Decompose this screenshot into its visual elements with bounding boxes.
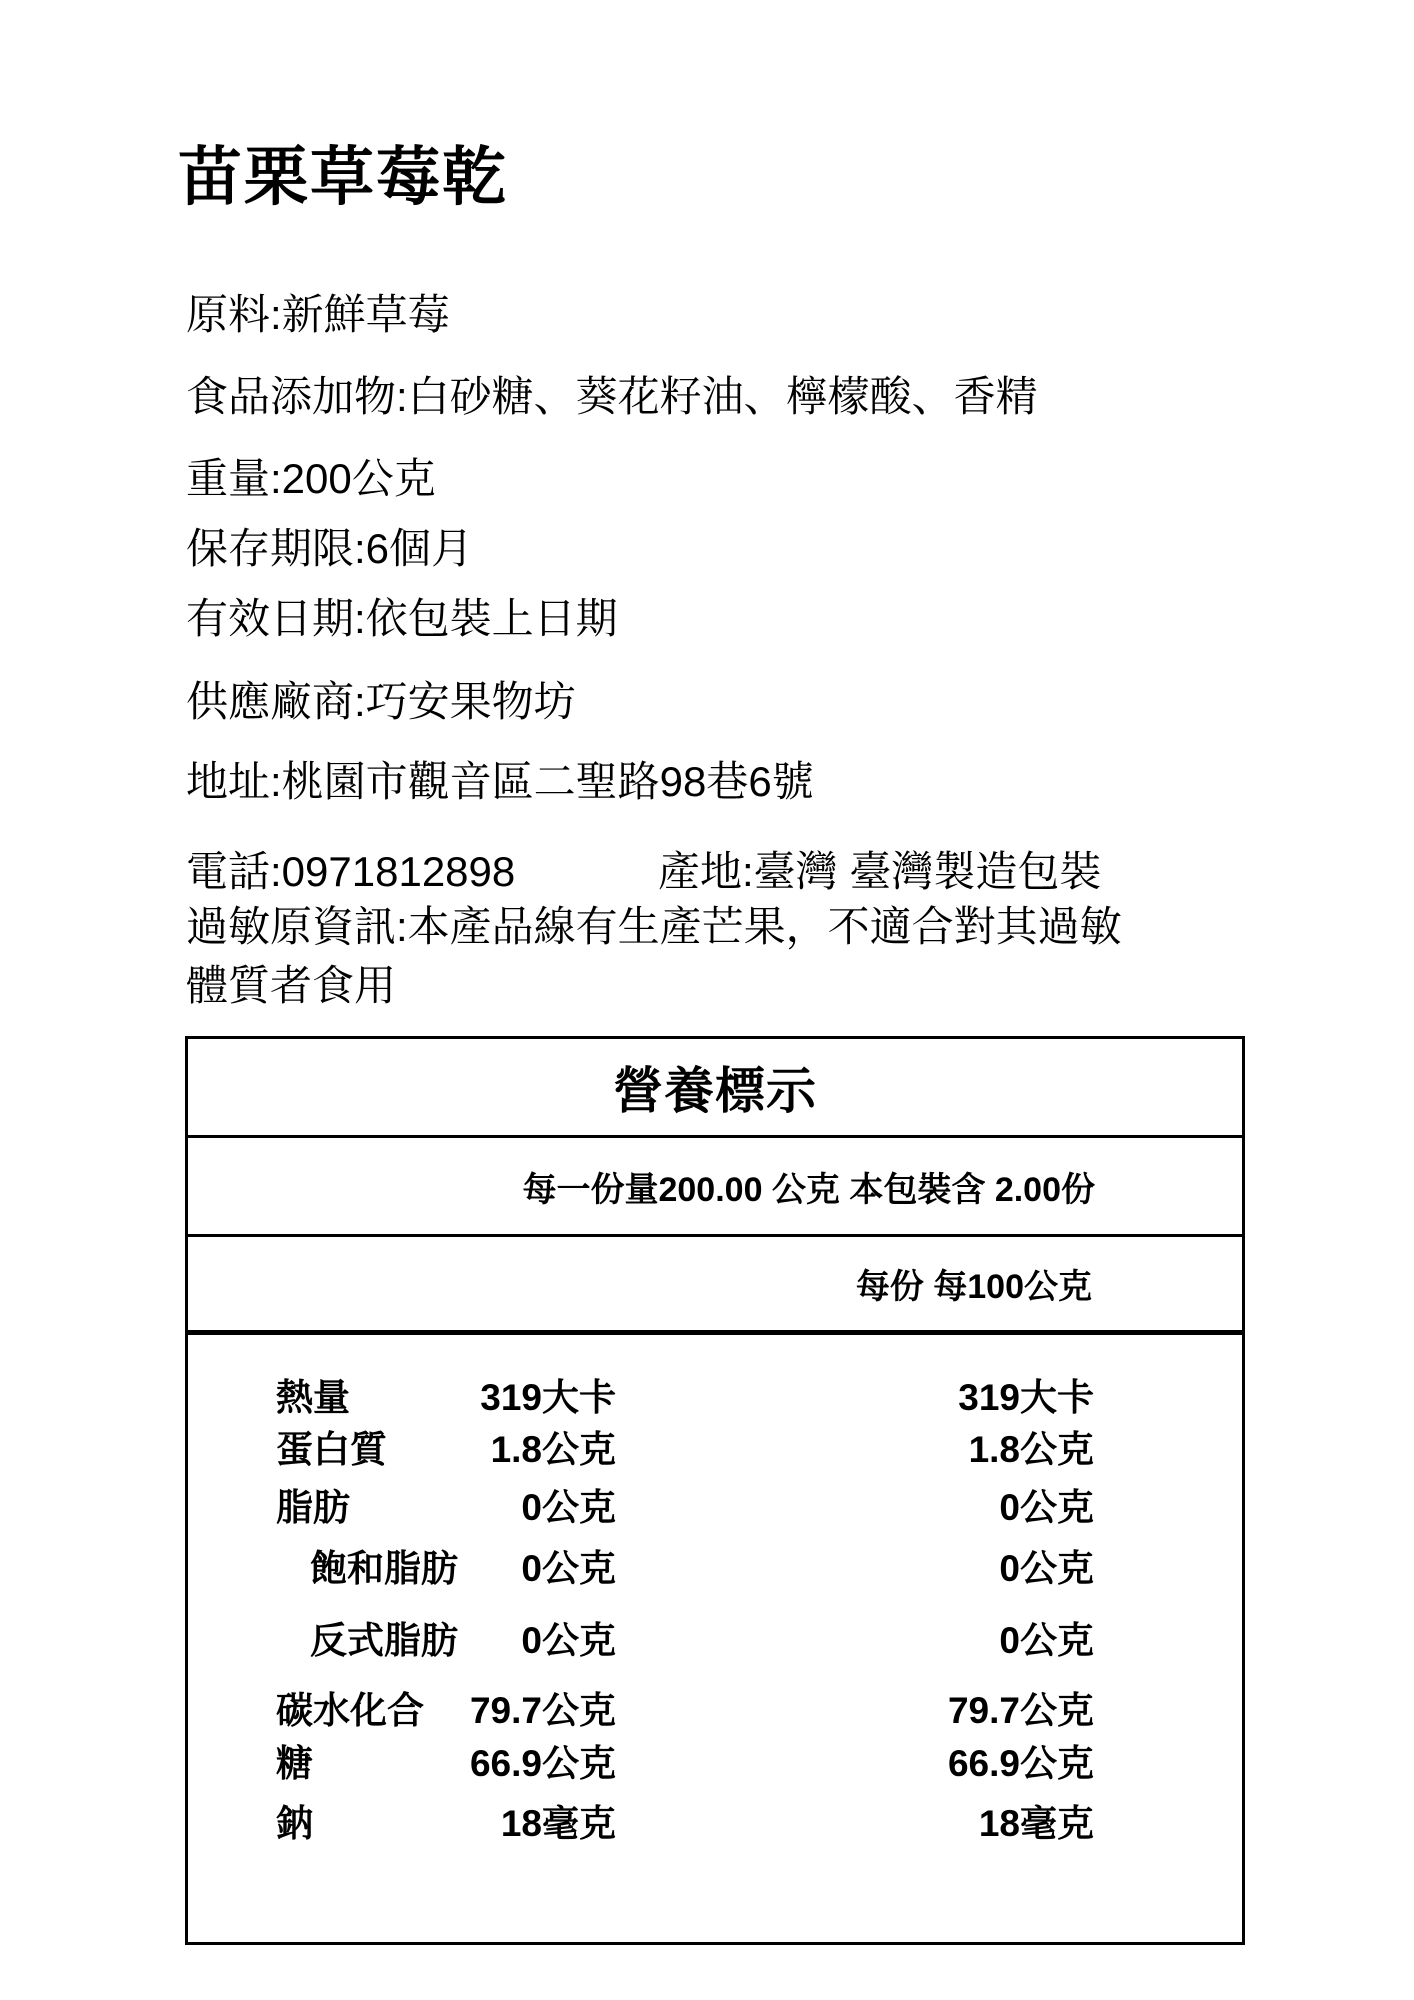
trans-fat-label: 反式脂肪 [310, 1610, 458, 1664]
carbohydrate-label: 碳水化合 [276, 1680, 424, 1734]
nutrition-facts-table: 營養標示 每一份量200.00 公克 本包裝含 2.00份 每份 每100公克 … [185, 1036, 1245, 1945]
allergen-line-1: 過敏原資訊:本產品線有生產芒果，不適合對其過敏 [186, 906, 1122, 948]
nutrition-table-title: 營養標示 [188, 1039, 1242, 1138]
supplier-line: 供應廠商:巧安果物坊 [186, 681, 576, 723]
weight-line: 重量:200公克 [186, 458, 436, 500]
phone-origin-line: 電話:0971812898 產地:臺灣 臺灣製造包裝 [186, 839, 1286, 887]
nutrient-rows: 319大卡 319大卡 熱量 1.8公克 1.8公克 蛋白質 0公克 0公克 脂… [188, 1335, 1242, 1936]
expiry-date-line: 有效日期:依包裝上日期 [186, 598, 618, 640]
page-title: 苗栗草莓乾 [178, 144, 508, 211]
phone-text: 電話:0971812898 [186, 839, 515, 899]
serving-size-row: 每一份量200.00 公克 本包裝含 2.00份 [188, 1138, 1242, 1237]
table-row-calories: 319大卡 319大卡 熱量 [188, 1367, 1242, 1413]
table-row-sodium: 18毫克 18毫克 鈉 [188, 1793, 1242, 1839]
table-row-trans-fat: 0公克 0公克 反式脂肪 [188, 1610, 1242, 1656]
address-line: 地址:桃園市觀音區二聖路98巷6號 [186, 761, 814, 803]
protein-label: 蛋白質 [276, 1419, 387, 1473]
table-row-carbohydrate: 79.7公克 79.7公克 碳水化合 [188, 1680, 1242, 1726]
calories-label: 熱量 [276, 1367, 350, 1421]
sodium-label: 鈉 [276, 1793, 313, 1847]
shelf-life-line: 保存期限:6個月 [186, 528, 473, 570]
saturated-fat-label: 飽和脂肪 [310, 1538, 458, 1592]
fat-label: 脂肪 [276, 1477, 350, 1531]
product-label-page: 苗栗草莓乾 原料:新鮮草莓 食品添加物:白砂糖、葵花籽油、檸檬酸、香精 重量:2… [0, 0, 1414, 2000]
sugar-per-100g: 66.9公克 [188, 1733, 1094, 1787]
allergen-line-2: 體質者食用 [186, 965, 396, 1007]
additives-line: 食品添加物:白砂糖、葵花籽油、檸檬酸、香精 [186, 376, 1038, 418]
table-row-fat: 0公克 0公克 脂肪 [188, 1477, 1242, 1523]
sugar-label: 糖 [276, 1733, 313, 1787]
table-row-sugar: 66.9公克 66.9公克 糖 [188, 1733, 1242, 1779]
ingredients-line: 原料:新鮮草莓 [186, 294, 450, 336]
table-row-protein: 1.8公克 1.8公克 蛋白質 [188, 1419, 1242, 1465]
sodium-per-100g: 18毫克 [188, 1793, 1094, 1847]
column-header-row: 每份 每100公克 [188, 1237, 1242, 1335]
origin-text: 產地:臺灣 臺灣製造包裝 [658, 839, 1101, 899]
table-row-saturated-fat: 0公克 0公克 飽和脂肪 [188, 1538, 1242, 1584]
